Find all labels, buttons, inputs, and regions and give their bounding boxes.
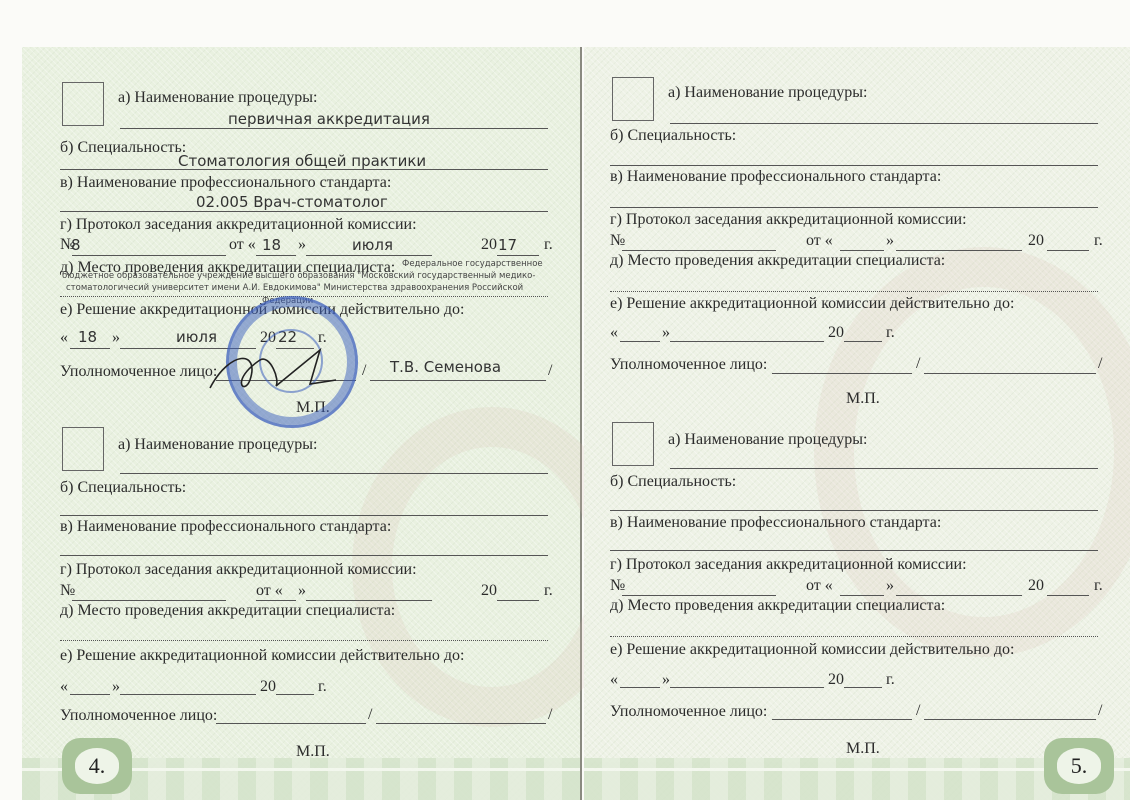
slash: / — [916, 702, 920, 720]
protocol-label: г) Протокол заседания аккредитационной к… — [610, 556, 967, 574]
place-line — [60, 640, 548, 641]
protocol-year-prefix: 20 — [1028, 577, 1044, 595]
decision-year-line — [844, 341, 882, 342]
seal-label: М.П. — [846, 740, 880, 758]
standard-line — [60, 211, 548, 212]
protocol-day-close: » — [886, 232, 894, 250]
entry-checkbox — [62, 427, 104, 471]
protocol-no-line — [72, 600, 226, 601]
protocol-year-prefix: 20 — [481, 582, 497, 600]
protocol-year-line — [1047, 595, 1089, 596]
place-line — [610, 636, 1098, 637]
signature-line — [772, 719, 912, 720]
standard-line — [610, 207, 1098, 208]
entry-checkbox — [612, 422, 654, 466]
decision-year-prefix: 20 — [260, 678, 276, 696]
protocol-day-line — [256, 600, 296, 601]
specialty-label: б) Специальность: — [610, 473, 736, 491]
decision-close: » — [662, 324, 670, 342]
slash: / — [548, 706, 552, 724]
protocol-month: июля — [352, 236, 393, 254]
place-label: д) Место проведения аккредитации специал… — [60, 602, 395, 620]
decision-open: « — [60, 678, 68, 696]
decision-label: е) Решение аккредитационной комиссии дей… — [610, 295, 1014, 313]
procedure-label: а) Наименование процедуры: — [668, 431, 867, 449]
entry-checkbox — [62, 82, 104, 126]
protocol-month-line — [306, 255, 432, 256]
protocol-day-close: » — [886, 577, 894, 595]
decision-suffix: г. — [318, 678, 327, 696]
decision-suffix: г. — [886, 324, 895, 342]
signature-line — [216, 723, 366, 724]
protocol-day-line — [840, 595, 884, 596]
protocol-month-line — [896, 595, 1022, 596]
decision-year-line — [276, 694, 314, 695]
protocol-year-line — [1047, 250, 1089, 251]
standard-label: в) Наименование профессионального станда… — [610, 514, 941, 532]
decision-day-line — [70, 348, 110, 349]
authorized-name: Т.В. Семенова — [390, 358, 501, 376]
authorized-label: Уполномоченное лицо: — [610, 356, 767, 374]
procedure-label: а) Наименование процедуры: — [118, 89, 317, 107]
authorized-label: Уполномоченное лицо: — [610, 703, 767, 721]
decision-day: 18 — [78, 328, 97, 346]
decision-close: » — [112, 678, 120, 696]
protocol-label: г) Протокол заседания аккредитационной к… — [60, 561, 417, 579]
decision-day-line — [620, 687, 660, 688]
standard-value: 02.005 Врач-стоматолог — [196, 193, 388, 211]
specialty-value: Стоматология общей практики — [178, 152, 426, 170]
protocol-no-line — [72, 255, 226, 256]
seal-label: М.П. — [846, 390, 880, 408]
slash: / — [362, 362, 366, 380]
decision-year-line — [844, 687, 882, 688]
procedure-line — [670, 468, 1098, 469]
decision-label: е) Решение аккредитационной комиссии дей… — [60, 647, 464, 665]
standard-line — [60, 555, 548, 556]
decision-close: » — [112, 329, 120, 347]
protocol-label: г) Протокол заседания аккредитационной к… — [60, 216, 417, 234]
protocol-from: от « — [229, 236, 256, 254]
place-line — [610, 291, 1098, 292]
procedure-label: а) Наименование процедуры: — [668, 84, 867, 102]
protocol-day-line — [840, 250, 884, 251]
procedure-label: а) Наименование процедуры: — [118, 436, 317, 454]
protocol-year-line — [497, 600, 539, 601]
decision-close: » — [662, 671, 670, 689]
slash: / — [1098, 355, 1102, 373]
standard-label: в) Наименование профессионального станда… — [610, 168, 941, 186]
page-number: 5. — [1057, 748, 1101, 784]
procedure-line — [670, 123, 1098, 124]
decision-open: « — [610, 671, 618, 689]
place-value-line-2: бюджетное образовательное учреждение выс… — [62, 271, 535, 282]
protocol-year-prefix: 20 — [481, 236, 497, 254]
slash: / — [548, 362, 552, 380]
specialty-label: б) Специальность: — [60, 139, 186, 157]
protocol-day-line — [256, 255, 296, 256]
decision-day-line — [70, 694, 110, 695]
slash: / — [1098, 702, 1102, 720]
specialty-line — [610, 165, 1098, 166]
decision-year-prefix: 20 — [828, 324, 844, 342]
entry-checkbox — [612, 77, 654, 121]
place-label: д) Место проведения аккредитации специал… — [610, 597, 945, 615]
protocol-day: 18 — [262, 236, 281, 254]
procedure-value: первичная аккредитация — [228, 110, 430, 128]
specialty-line — [610, 510, 1098, 511]
protocol-month-line — [306, 600, 432, 601]
protocol-no: 8 — [71, 236, 81, 254]
decision-open: « — [610, 324, 618, 342]
protocol-no-prefix: № — [610, 577, 625, 595]
specialty-line — [60, 515, 548, 516]
decision-day-line — [620, 341, 660, 342]
decision-month-line — [670, 341, 824, 342]
seal-label: М.П. — [296, 743, 330, 761]
slash: / — [916, 355, 920, 373]
protocol-no-line — [622, 250, 776, 251]
name-line — [376, 723, 546, 724]
year-suffix: г. — [1094, 232, 1103, 250]
standard-label: в) Наименование профессионального станда… — [60, 174, 391, 192]
protocol-year: 17 — [498, 236, 517, 254]
protocol-no-line — [622, 595, 776, 596]
name-line — [370, 380, 546, 381]
decision-suffix: г. — [886, 671, 895, 689]
decision-month-line — [120, 694, 256, 695]
signature-line — [772, 373, 912, 374]
page-number: 4. — [75, 748, 119, 784]
specialty-label: б) Специальность: — [610, 127, 736, 145]
protocol-day-close: » — [298, 582, 306, 600]
name-line — [924, 719, 1096, 720]
page-number-badge: 4. — [62, 738, 132, 794]
standard-line — [610, 550, 1098, 551]
slash: / — [368, 706, 372, 724]
place-value-line-1: Федеральное государственное — [402, 259, 543, 270]
authorized-label: Уполномоченное лицо: — [60, 707, 217, 725]
place-value-line-3: стоматологичесий университет имени А.И. … — [66, 283, 523, 294]
protocol-month-line — [896, 250, 1022, 251]
decision-year-prefix: 20 — [828, 671, 844, 689]
decision-month-line — [670, 687, 824, 688]
year-suffix: г. — [544, 236, 553, 254]
decision-label: е) Решение аккредитационной комиссии дей… — [610, 641, 1014, 659]
page-number-badge: 5. — [1044, 738, 1114, 794]
protocol-year-line — [497, 255, 539, 256]
protocol-from: от « — [256, 582, 283, 600]
protocol-day-close: » — [298, 236, 306, 254]
procedure-line — [120, 128, 548, 129]
protocol-from: от « — [806, 232, 833, 250]
year-suffix: г. — [1094, 577, 1103, 595]
protocol-label: г) Протокол заседания аккредитационной к… — [610, 211, 967, 229]
protocol-no-prefix: № — [60, 582, 75, 600]
protocol-year-prefix: 20 — [1028, 232, 1044, 250]
decision-open: « — [60, 329, 68, 347]
handwritten-signature — [200, 340, 340, 400]
procedure-line — [120, 473, 548, 474]
standard-label: в) Наименование профессионального станда… — [60, 518, 391, 536]
protocol-from: от « — [806, 577, 833, 595]
specialty-label: б) Специальность: — [60, 479, 186, 497]
protocol-no-prefix: № — [610, 232, 625, 250]
year-suffix: г. — [544, 582, 553, 600]
place-label: д) Место проведения аккредитации специал… — [610, 252, 945, 270]
authorized-label: Уполномоченное лицо: — [60, 363, 217, 381]
name-line — [924, 373, 1096, 374]
